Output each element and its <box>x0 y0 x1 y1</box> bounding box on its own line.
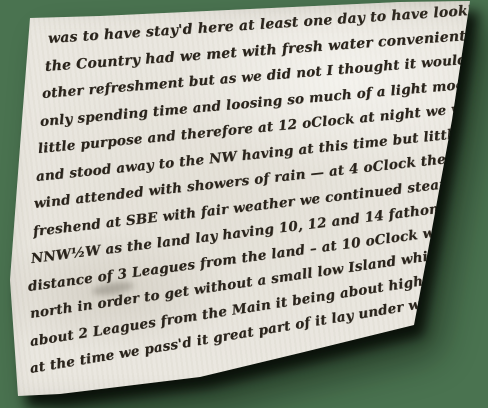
manuscript-page: was to have stay'd here at least one day… <box>0 0 488 408</box>
manuscript-shadow-wrap: was to have stay'd here at least one day… <box>0 0 488 408</box>
page-background: was to have stay'd here at least one day… <box>0 0 488 408</box>
